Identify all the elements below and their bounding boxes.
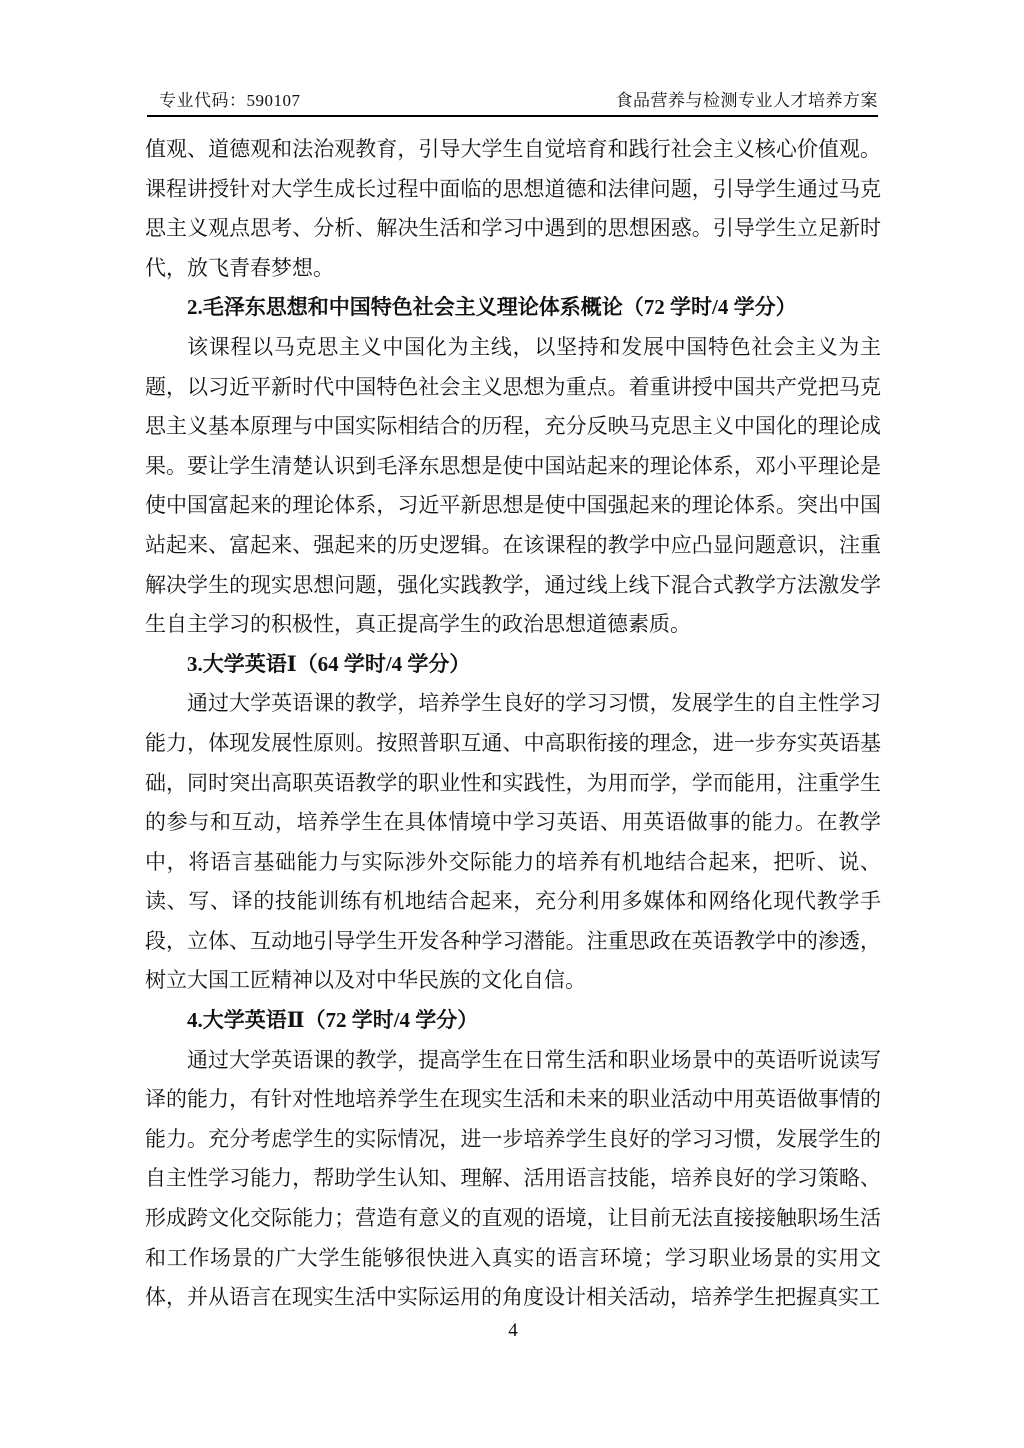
course-desc-mao-theory: 该课程以马克思主义中国化为主线，以坚持和发展中国特色社会主义为主题，以习近平新时…: [145, 328, 881, 645]
header-major-code: 专业代码：590107: [159, 86, 301, 111]
document-body: 值观、道德观和法治观教育，引导大学生自觉培育和践行社会主义核心价值观。课程讲授针…: [145, 130, 881, 1318]
course-heading-mao-theory: 2.毛泽东思想和中国特色社会主义理论体系概论（72 学时/4 学分）: [145, 288, 881, 328]
paragraph-continuation: 值观、道德观和法治观教育，引导大学生自觉培育和践行社会主义核心价值观。课程讲授针…: [145, 130, 881, 288]
course-desc-college-english-1: 通过大学英语课的教学，培养学生良好的学习习惯，发展学生的自主性学习能力，体现发展…: [145, 684, 881, 1001]
header-doc-title: 食品营养与检测专业人才培养方案: [616, 86, 879, 111]
page-number: 4: [145, 1320, 881, 1342]
course-heading-college-english-1: 3.大学英语Ⅰ（64 学时/4 学分）: [145, 645, 881, 685]
document-page: 专业代码：590107 食品营养与检测专业人才培养方案 值观、道德观和法治观教育…: [0, 0, 1024, 1448]
header-rule: [147, 115, 878, 117]
course-heading-college-english-2: 4.大学英语Ⅱ（72 学时/4 学分）: [145, 1001, 881, 1041]
course-desc-college-english-2: 通过大学英语课的教学，提高学生在日常生活和职业场景中的英语听说读写译的能力，有针…: [145, 1041, 881, 1318]
